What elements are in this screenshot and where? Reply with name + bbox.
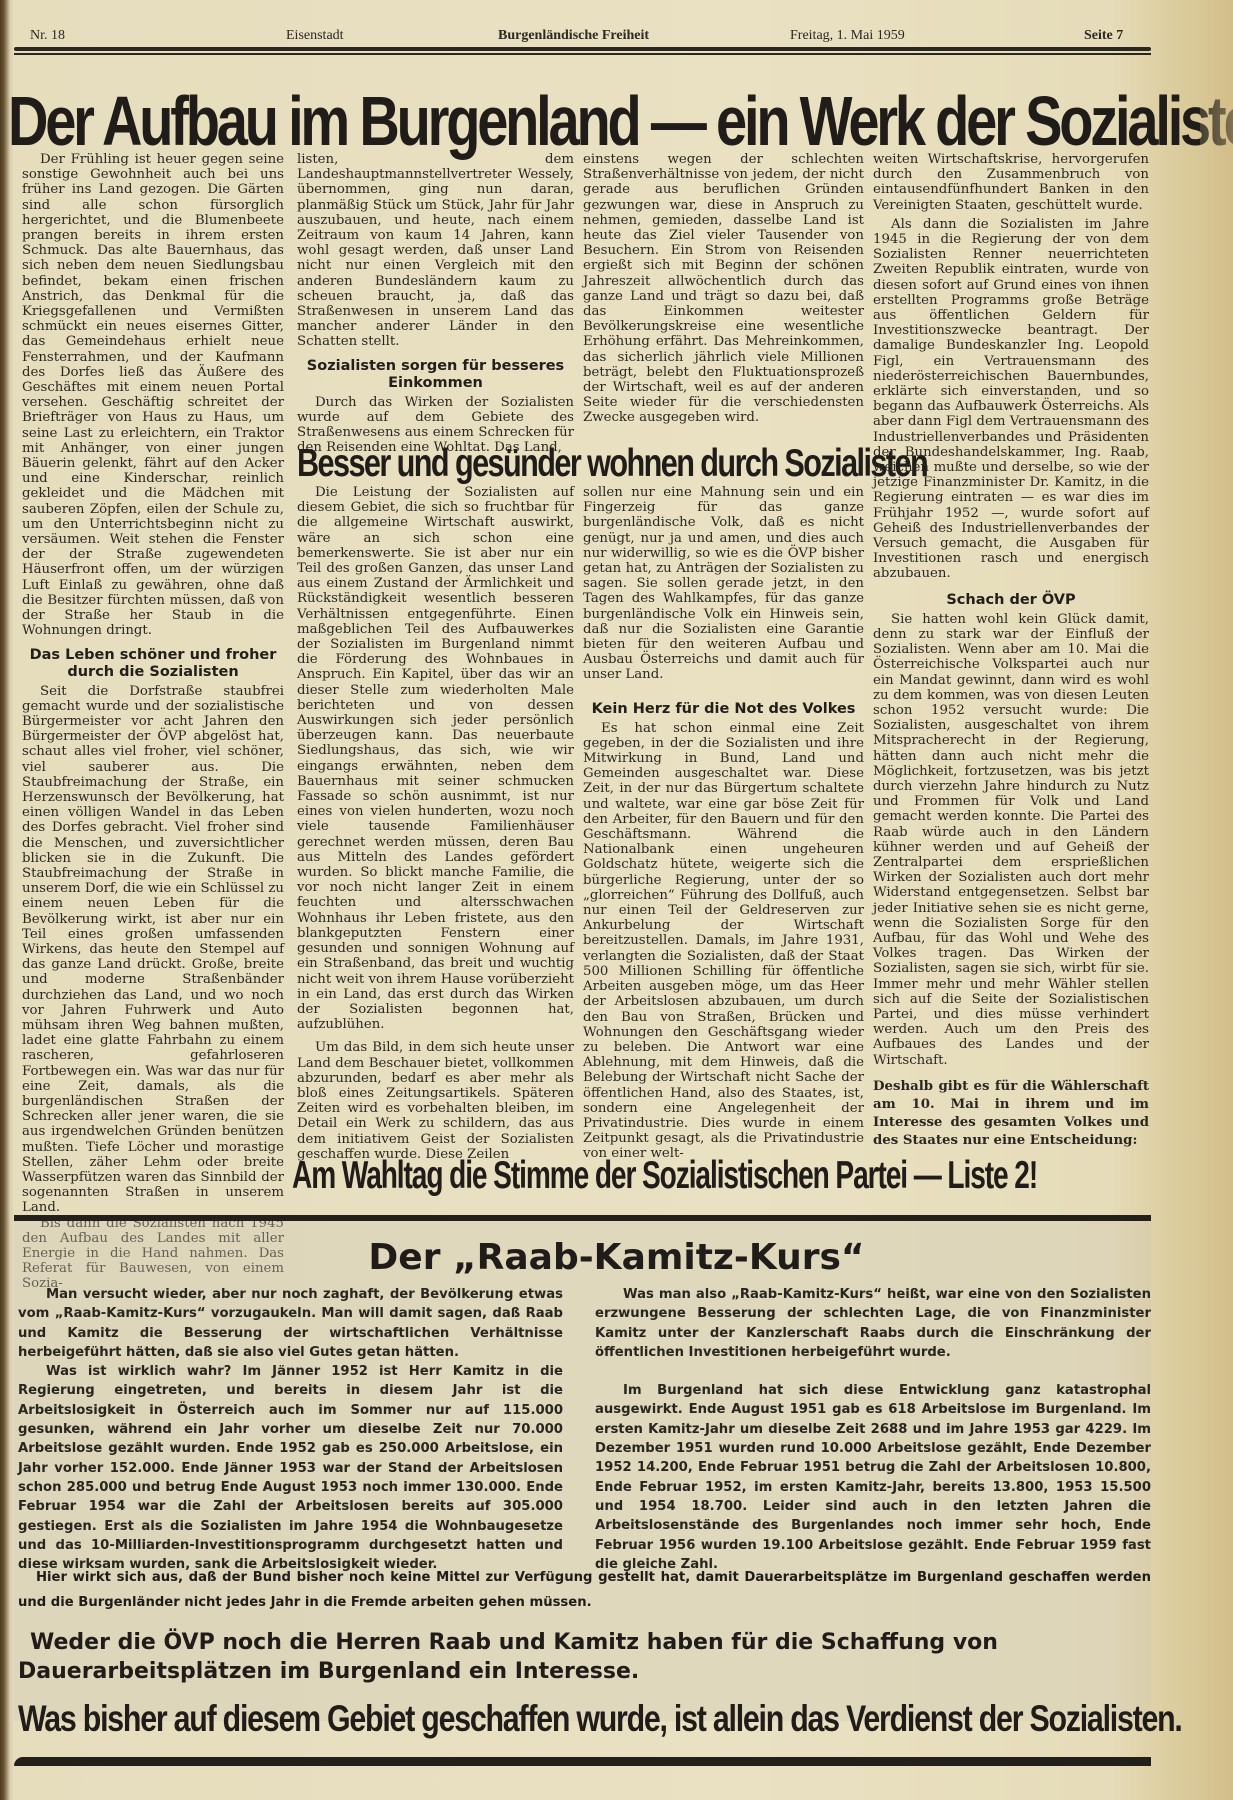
article-column-2-lower: Die Leistung der Sozialisten auf diesem …	[297, 485, 574, 1162]
paragraph: Im Burgenland hat sich diese Entwicklung…	[595, 1381, 1151, 1574]
article-column-4: weiten Wirtschaftskrise, hervorgerufen d…	[873, 152, 1149, 1150]
article-column-1: Der Frühling ist heuer gegen seine sonst…	[22, 152, 284, 1292]
box-statement-large: Weder die ÖVP noch die Herren Raab und K…	[18, 1628, 1151, 1686]
subheading: Kein Herz für die Not des Volkes	[583, 701, 864, 718]
subheading: Schach der ÖVP	[873, 592, 1149, 609]
masthead-rule-thin	[14, 53, 1151, 55]
paragraph: Sie hatten wohl kein Glück damit, denn z…	[873, 612, 1149, 1068]
main-headline: Der Aufbau im Burgenland — ein Werk der …	[8, 82, 928, 160]
article-title: Der „Raab-Kamitz-Kurs“	[0, 1236, 1233, 1280]
masthead-rule	[14, 47, 1151, 51]
paragraph: Was man also „Raab-Kamitz-Kurs“ heißt, w…	[595, 1285, 1151, 1362]
box-column-right: Was man also „Raab-Kamitz-Kurs“ heißt, w…	[595, 1285, 1151, 1574]
box-column-left: Man versucht wieder, aber nur noch zagha…	[18, 1285, 563, 1574]
newspaper-page: Nr. 18 Eisenstadt Burgenländische Freihe…	[0, 0, 1233, 1800]
paragraph: Die Leistung der Sozialisten auf diesem …	[297, 485, 574, 1032]
issue-number: Nr. 18	[30, 28, 65, 44]
box-statement: Hier wirkt sich aus, daß der Bund bisher…	[18, 1565, 1151, 1615]
paragraph: sollen nur eine Mahnung sein und ein Fin…	[583, 485, 864, 683]
paragraph: einstens wegen der schlechten Straßenver…	[583, 152, 864, 426]
section-banner: Besser und gesünder wohnen durch Soziali…	[297, 440, 746, 488]
masthead: Nr. 18 Eisenstadt Burgenländische Freihe…	[14, 22, 1151, 48]
bottom-rule	[14, 1757, 1151, 1766]
newspaper-name: Burgenländische Freiheit	[498, 28, 649, 44]
article-column-3: einstens wegen der schlechten Straßenver…	[583, 152, 864, 426]
issue-date: Freitag, 1. Mai 1959	[790, 28, 905, 44]
place: Eisenstadt	[286, 28, 344, 44]
page-number: Seite 7	[1084, 28, 1123, 44]
paragraph: weiten Wirtschaftskrise, hervorgerufen d…	[873, 152, 1149, 213]
subheading: Sozialisten sorgen für besseres Einkomme…	[297, 358, 574, 392]
article-column-3-lower: sollen nur eine Mahnung sein und ein Fin…	[583, 485, 864, 1162]
paragraph: listen, dem Landeshauptmannstellvertrete…	[297, 152, 574, 350]
article-column-2: listen, dem Landeshauptmannstellvertrete…	[297, 152, 574, 455]
paragraph: Was ist wirklich wahr? Im Jänner 1952 is…	[18, 1362, 563, 1574]
subheading: Das Leben schöner und froher durch die S…	[22, 647, 284, 681]
box-closing-headline: Was bisher auf diesem Gebiet geschaffen …	[18, 1698, 1150, 1740]
paragraph: Der Frühling ist heuer gegen seine sonst…	[22, 152, 284, 639]
paragraph: Als dann die Sozialisten im Jahre 1945 i…	[873, 217, 1149, 582]
election-banner: Am Wahltag die Stimme der Sozialistische…	[292, 1153, 911, 1199]
paragraph: Man versucht wieder, aber nur noch zagha…	[18, 1285, 563, 1362]
paragraph: Deshalb gibt es für die Wählerschaft am …	[873, 1078, 1149, 1150]
paragraph: Seit die Dorfstraße staubfrei gemacht wu…	[22, 684, 284, 1216]
paragraph: Es hat schon einmal eine Zeit gegeben, i…	[583, 721, 864, 1162]
paragraph: Um das Bild, in dem sich heute unser Lan…	[297, 1040, 574, 1162]
